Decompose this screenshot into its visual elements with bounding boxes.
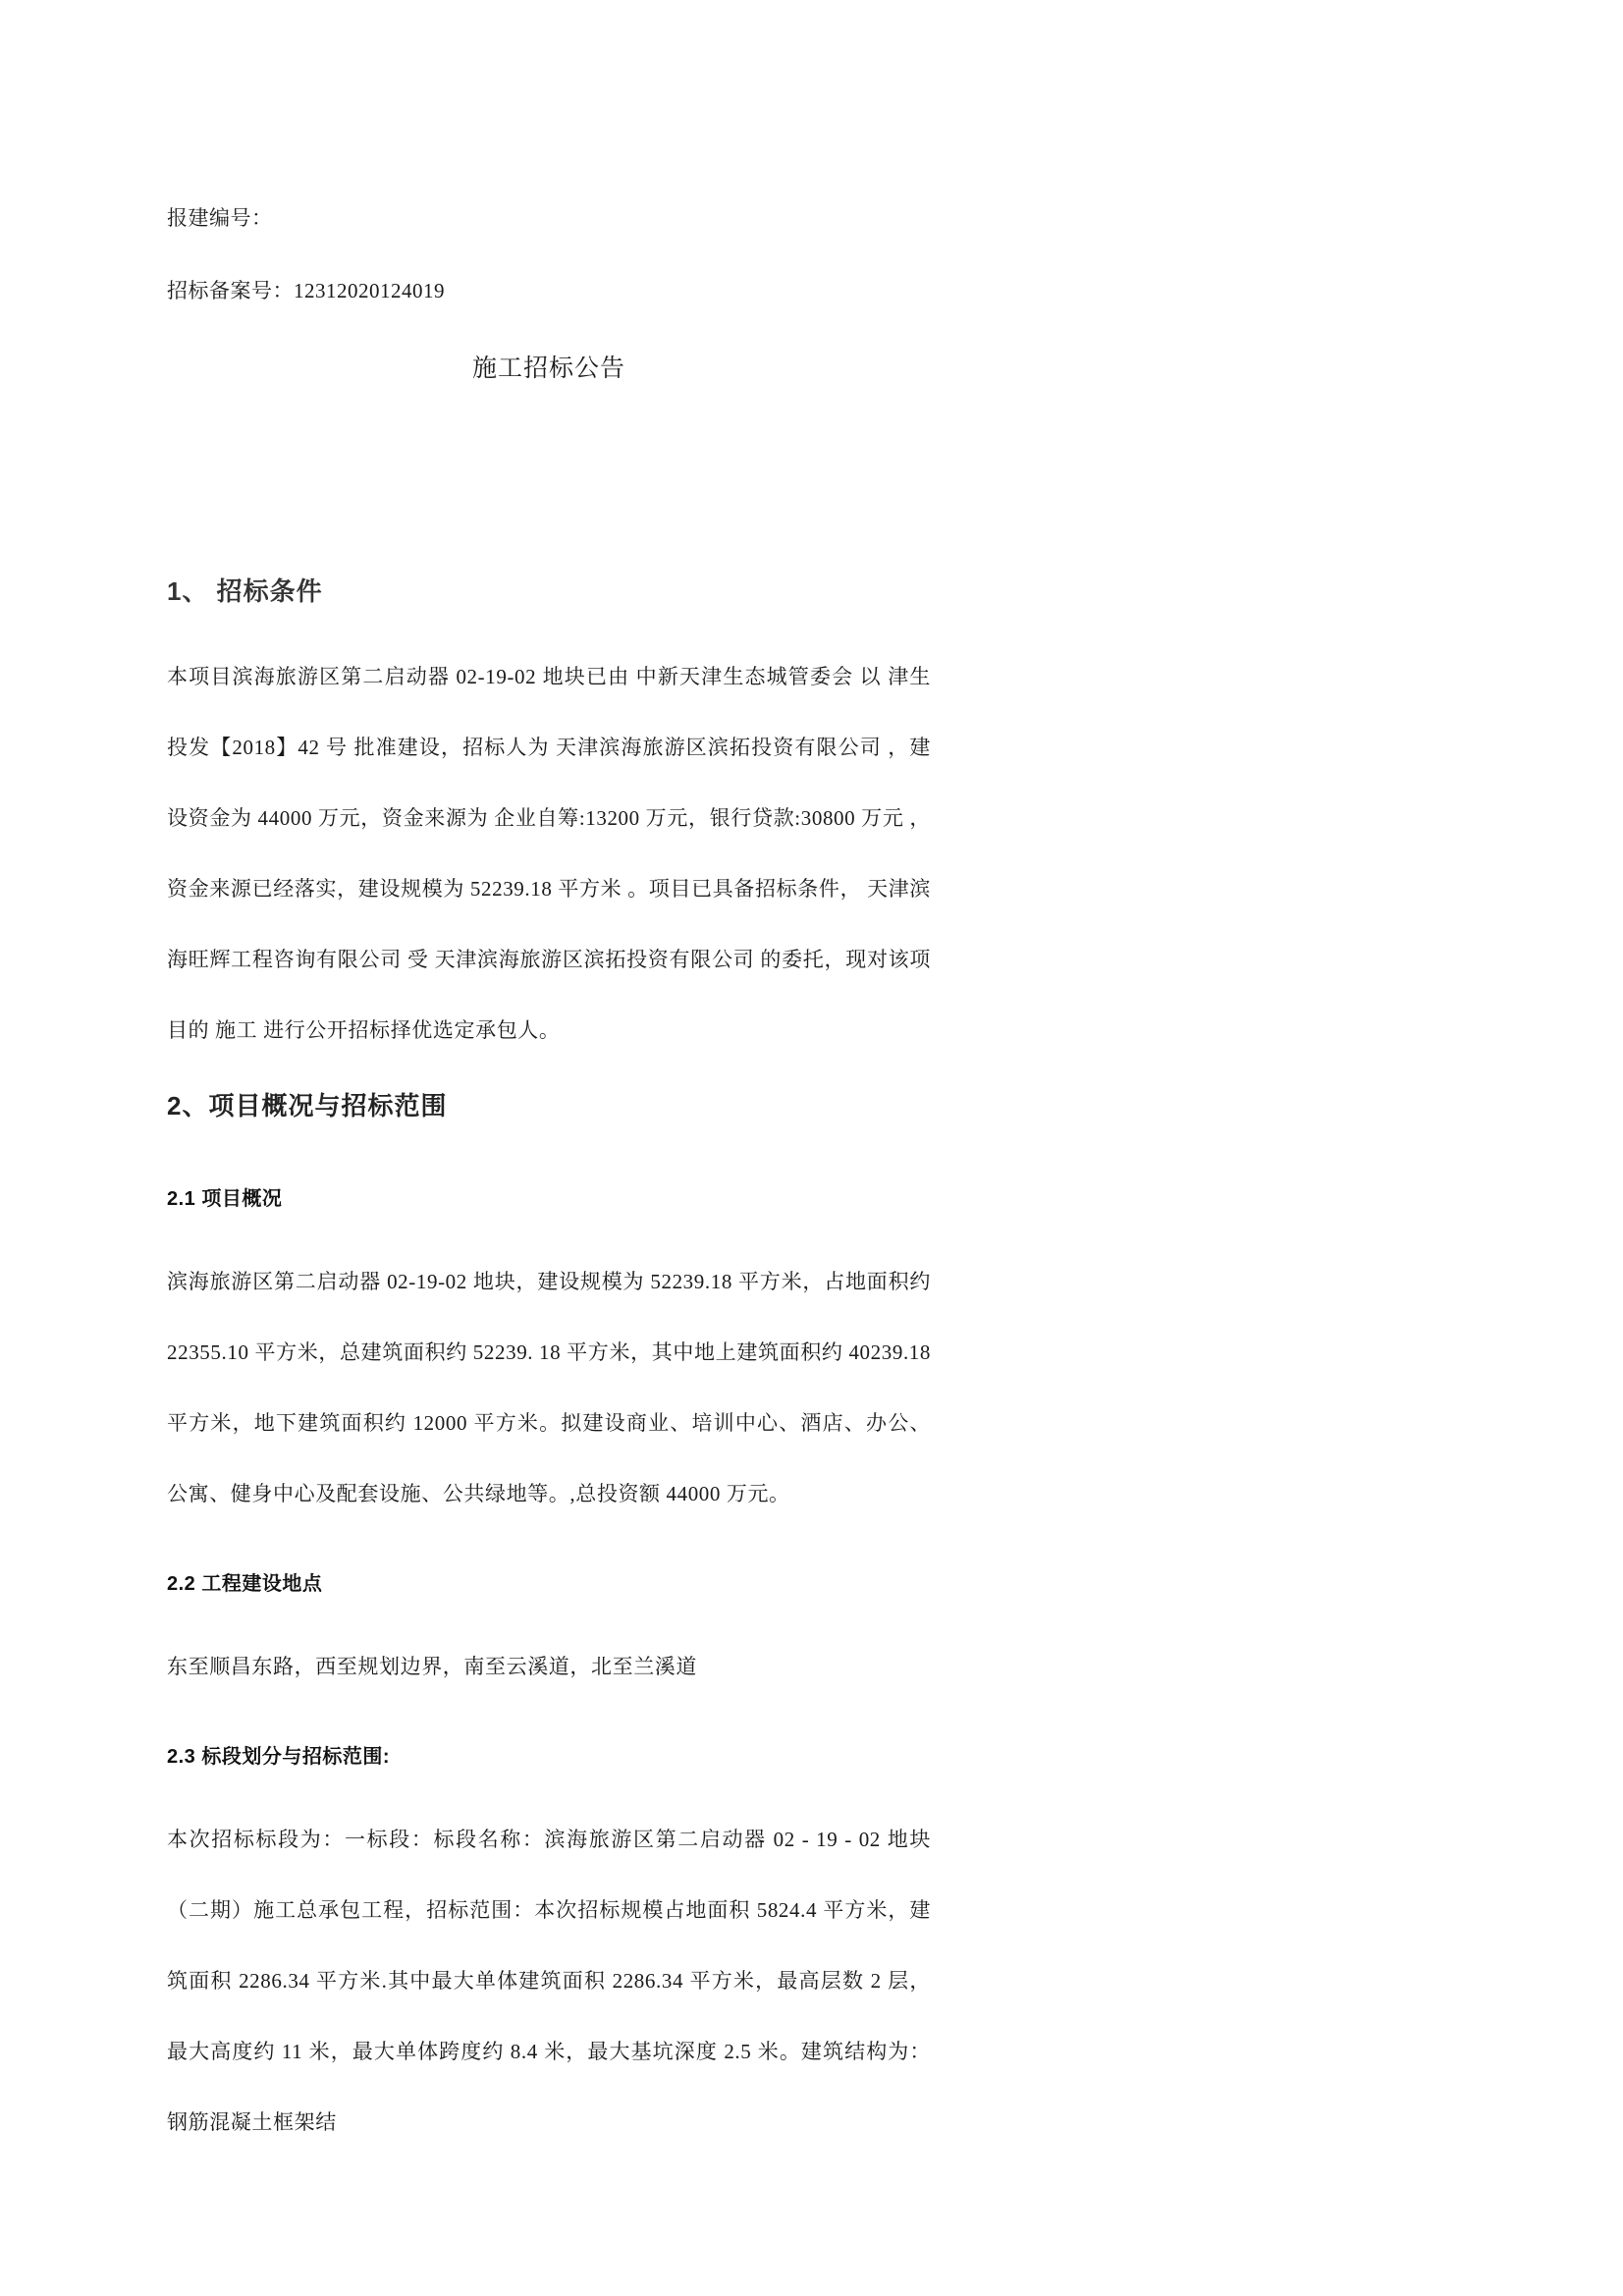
page-title: 施工招标公告 <box>167 333 931 406</box>
section-1-heading: 1、 招标条件 <box>167 553 931 629</box>
subsection-2-1-heading: 2.1 项目概况 <box>167 1164 931 1234</box>
subsection-2-3-heading: 2.3 标段划分与招标范围: <box>167 1722 931 1792</box>
section-1-paragraph: 本项目滨海旅游区第二启动器 02-19-02 地块已由 中新天津生态城管委会 以… <box>167 641 931 1066</box>
subsection-2-2-heading: 2.2 工程建设地点 <box>167 1549 931 1619</box>
document-page: { "document": { "report_number_line": "报… <box>0 0 1623 2296</box>
subsection-2-3-paragraph: 本次招标标段为：一标段：标段名称：滨海旅游区第二启动器 02 - 19 - 02… <box>167 1804 931 2158</box>
section-2-heading: 2、项目概况与招标范围 <box>167 1067 931 1144</box>
document-body: 报建编号： 招标备案号：12312020124019 施工招标公告 1、 招标条… <box>167 182 931 2158</box>
report-number-line: 报建编号： <box>167 182 931 254</box>
subsection-2-2-paragraph: 东至顺昌东路，西至规划边界，南至云溪道，北至兰溪道 <box>167 1631 931 1702</box>
filing-number-line: 招标备案号：12312020124019 <box>167 254 931 327</box>
subsection-2-1-paragraph: 滨海旅游区第二启动器 02-19-02 地块，建设规模为 52239.18 平方… <box>167 1246 931 1529</box>
